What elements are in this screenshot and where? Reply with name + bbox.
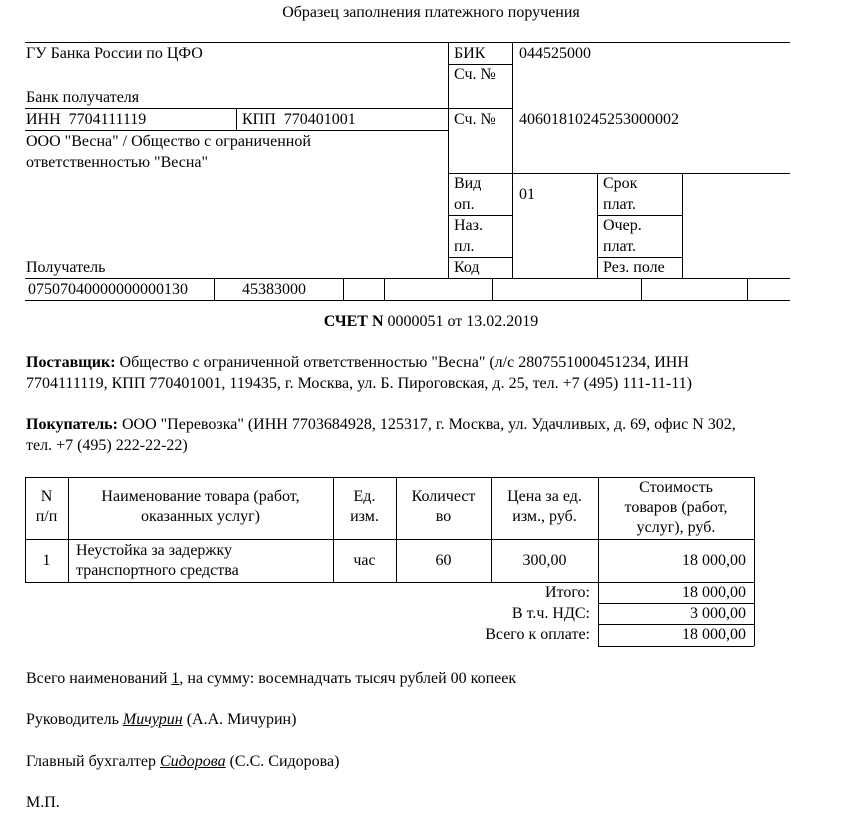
op-type-value: 01 [519,185,535,205]
due-label-2: плат. [603,195,636,215]
header-total-line1: Стоимость [598,478,754,498]
inn-value: 7704111119 [69,111,147,128]
grid-line [747,278,748,300]
account-value: 40601810245253000002 [519,110,679,130]
header-qty-line2: во [396,507,491,527]
supplier-line1: Поставщик: Общество с ограниченной ответ… [26,353,689,373]
bank-name: ГУ Банка России по ЦФО [26,44,203,64]
count-prefix: Всего наименований [26,670,171,687]
grid-line [343,278,344,300]
reserve-label: Рез. поле [603,258,665,278]
grid-line [25,278,790,279]
invoice-title-label: СЧЕТ N [324,313,384,330]
header-unit-line2: изм. [333,507,396,527]
header-total: Стоимость товаров (работ, услуг), руб. [598,478,754,538]
purpose-label-1: Наз. [454,216,483,236]
director-signature: Мичурин [123,711,183,728]
kbk-value: 07507040000000000130 [28,280,188,300]
stamp-placeholder: М.П. [26,793,60,813]
subtotal-value: 18 000,00 [598,583,746,603]
grid-line [384,278,385,300]
header-unit-line1: Ед. [333,487,396,507]
row-name-line2: транспортного средства [76,561,333,581]
header-name-line1: Наименование товара (работ, [68,487,333,507]
grid-line [682,173,683,278]
header-total-line2: товаров (работ, [598,498,754,518]
header-num-line2: п/п [25,507,68,527]
inn-label: ИНН [26,111,61,128]
vat-value: 3 000,00 [598,604,746,624]
grid-line [492,278,493,300]
vat-label: В т.ч. НДС: [300,604,590,624]
kpp-value: 770401001 [284,111,356,128]
header-num: N п/п [25,487,68,527]
grid-line [597,173,598,278]
grid-line [512,42,513,278]
header-name-line2: оказанных услуг) [68,507,333,527]
count-suffix: , на сумму: восемнадчать тысяч рублей 00… [179,670,516,687]
header-price-line1: Цена за ед. [491,487,598,507]
buyer-details-1: ООО "Перевозка" (ИНН 7703684928, 125317,… [118,416,736,433]
op-type-label-2: оп. [454,195,475,215]
grid-line [25,130,448,131]
grid-line [214,278,215,300]
row-price: 300,00 [491,551,598,571]
account-label: Сч. № [454,110,496,130]
grid-line [25,300,790,301]
bik-value: 044525000 [519,44,591,64]
director-name: (А.А. Мичурин) [183,711,297,728]
header-unit: Ед. изм. [333,487,396,527]
row-num: 1 [25,551,68,571]
purpose-label-2: пл. [454,237,475,257]
header-name: Наименование товара (работ, оказанных ус… [68,487,333,527]
buyer-label: Покупатель: [26,416,118,433]
kpp-field: КПП 770401001 [242,110,356,130]
grid-line [641,278,642,300]
buyer-line2: тел. +7 (495) 222-22-22) [26,436,188,456]
grid-line [754,477,755,646]
header-num-line1: N [25,487,68,507]
priority-label-1: Очер. [603,216,642,236]
due-label-1: Срок [603,174,637,194]
header-qty: Количест во [396,487,491,527]
grid-line [598,646,754,647]
supplier-details-1: Общество с ограниченной ответственностью… [116,354,689,371]
buyer-line1: Покупатель: ООО "Перевозка" (ИНН 7703684… [26,415,736,435]
row-total: 18 000,00 [598,551,746,571]
supplier-line2: 7704111119, КПП 770401001, 119435, г. Мо… [26,374,692,394]
bank-label: Банк получателя [26,88,139,108]
recipient-label: Получатель [26,258,105,278]
grid-line [236,108,237,130]
corr-account-label: Сч. № [454,65,496,85]
grid-line [25,108,512,109]
priority-label-2: плат. [603,237,636,257]
supplier-label: Поставщик: [26,354,116,371]
accountant-signature: Сидорова [160,753,226,770]
grid-line [25,539,754,540]
inn-field: ИНН 7704111119 [26,110,146,130]
oktmo-value: 45383000 [242,280,306,300]
row-name: Неустойка за задержку транспортного сред… [76,541,333,581]
recipient-name-line1: ООО "Весна" / Общество с ограниченной [26,132,311,152]
kpp-label: КПП [242,111,276,128]
grid-line [448,42,449,278]
op-type-label-1: Вид [454,174,481,194]
grand-total-label: Всего к оплате: [300,625,590,645]
row-unit: час [333,551,396,571]
header-qty-line1: Количест [396,487,491,507]
row-qty: 60 [396,551,491,571]
invoice-number-date: 0000051 от 13.02.2019 [384,313,539,330]
document-title: Образец заполнения платежного поручения [0,3,852,23]
accountant-signature-line: Главный бухгалтер Сидорова (С.С. Сидоров… [26,752,339,772]
accountant-label: Главный бухгалтер [26,753,160,770]
invoice-title: СЧЕТ N 0000051 от 13.02.2019 [0,312,852,332]
accountant-name: (С.С. Сидорова) [226,753,340,770]
recipient-name-line2: ответственностью "Весна" [26,153,208,173]
code-label: Код [454,258,480,278]
items-count-summary: Всего наименований 1, на сумму: восемнад… [26,669,516,689]
header-total-line3: услуг), руб. [598,518,754,538]
header-price-line2: изм., руб. [491,507,598,527]
director-label: Руководитель [26,711,123,728]
director-signature-line: Руководитель Мичурин (А.А. Мичурин) [26,710,296,730]
bik-label: БИК [454,44,485,64]
row-name-line1: Неустойка за задержку [76,541,333,561]
grand-total-value: 18 000,00 [598,625,746,645]
grid-line [25,42,790,43]
header-price: Цена за ед. изм., руб. [491,487,598,527]
subtotal-label: Итого: [300,583,590,603]
